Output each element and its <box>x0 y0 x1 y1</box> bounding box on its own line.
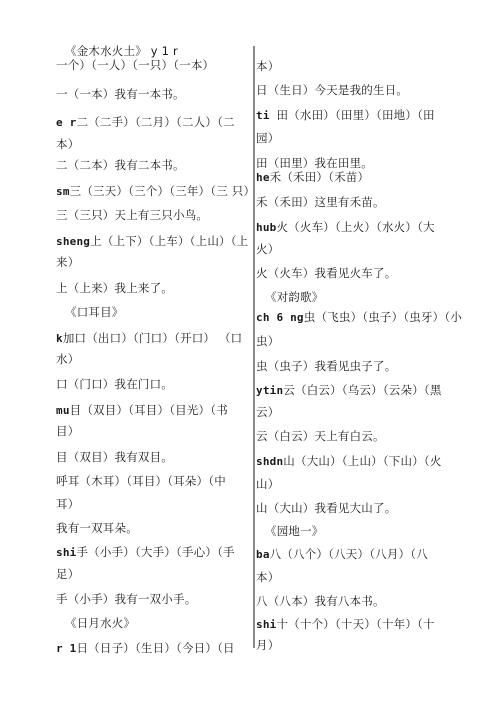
section-heading: 《日月水火》 <box>56 616 135 630</box>
line-text: 本） <box>56 137 79 151</box>
line-text: 目（双目）（耳目）（目光）（书 <box>70 403 228 417</box>
text-line: 八（八本）我有八本书。 <box>256 594 385 608</box>
line-text: 火（火车）我看见火车了。 <box>256 266 396 280</box>
line-text: 目（双目）我有双目。 <box>56 450 173 464</box>
line-text: 耳） <box>56 497 79 511</box>
pinyin-prefix: shdn <box>256 455 283 468</box>
line-text: 来） <box>56 255 79 269</box>
text-line: shdn山（大山）（上山）（下山）（火 <box>256 454 442 469</box>
text-line: 山） <box>256 477 279 491</box>
text-line: 本） <box>56 137 79 151</box>
text-line: 二（二本）我有二本书。 <box>56 158 185 172</box>
text-line: 田（田里）我在田里。 <box>256 156 373 170</box>
text-line: 来） <box>56 255 79 269</box>
text-line: 三（三只）天上有三只小鸟。 <box>56 208 208 222</box>
line-text: 火（火车）（上火）（水火）（大 <box>276 220 434 234</box>
line-text: 禾（禾田）（禾苗） <box>270 170 370 184</box>
line-text: 加口（出口）（门口）（开口） （口 <box>63 331 243 345</box>
pinyin-prefix: ba <box>256 548 270 561</box>
line-text: 三（三天）（三个）（三年）（三 只） <box>70 184 256 198</box>
line-text: 月） <box>256 638 279 652</box>
text-line: 一个）（一人）（一只）（一本） <box>56 58 214 72</box>
text-line: shi手（小手）（大手）（手心）（手 <box>56 545 235 560</box>
line-text: 一（一本）我有一本书。 <box>56 87 185 101</box>
line-text: 呼耳（木耳）（耳目）（耳朵）（中 <box>56 474 226 488</box>
line-text: 《日月水火》 <box>65 616 135 630</box>
pinyin-prefix: shi <box>56 546 76 559</box>
text-line: ba八（八个）（八天）（八月）（八 <box>256 547 428 562</box>
section-heading: 《金木水火土》 y 1 r <box>56 44 178 58</box>
text-line: 水） <box>56 352 79 366</box>
text-line: 禾（禾田）这里有禾苗。 <box>256 195 385 209</box>
text-line: e r二（二手）（二月）（二人）（二 <box>56 115 235 130</box>
text-line: 山（大山）我看见大山了。 <box>256 501 396 515</box>
line-text: 口（门口）我在门口。 <box>56 377 173 391</box>
pinyin-prefix: sm <box>56 185 70 198</box>
text-line: 日（生日）今天是我的生日。 <box>256 83 408 97</box>
text-line: ytin云（白云）（乌云）（云朵）（黑 <box>256 383 442 398</box>
text-line: ch 6 ng虫（飞虫）（虫子）（虫牙）（小 <box>256 310 462 325</box>
line-text: 园） <box>256 131 279 145</box>
line-text: 虫（虫子）我看见虫子了。 <box>256 359 396 373</box>
text-line: 口（门口）我在门口。 <box>56 377 173 391</box>
pinyin-prefix: ytin <box>256 384 283 397</box>
line-text: 手（小手）（大手）（手心）（手 <box>76 545 234 559</box>
pinyin-prefix: ti <box>256 109 276 122</box>
text-line: ti 田（水田）（田里）（田地）（田 <box>256 108 435 123</box>
line-text: 云（白云）天上有白云。 <box>256 429 385 443</box>
text-line: 目） <box>56 424 79 438</box>
text-line: 虫） <box>256 334 279 348</box>
pinyin-prefix: shi <box>256 618 276 631</box>
line-text: 三（三只）天上有三只小鸟。 <box>56 208 208 222</box>
line-text: 《对韵歌》 <box>265 290 324 304</box>
text-line: 足） <box>56 567 79 581</box>
text-line: 虫（虫子）我看见虫子了。 <box>256 359 396 373</box>
text-line: 云（白云）天上有白云。 <box>256 429 385 443</box>
pinyin-prefix: ch 6 ng <box>256 311 304 324</box>
pinyin-prefix: he <box>256 171 270 184</box>
line-text: 《口耳目》 <box>65 305 124 319</box>
text-line: 本） <box>256 59 279 73</box>
text-line: 目（双目）我有双目。 <box>56 450 173 464</box>
line-text: 田（水田）（田里）（田地）（田 <box>276 108 434 122</box>
text-line: 云） <box>256 405 279 419</box>
line-text: 日（日子）（生日）（今日）（日 <box>76 641 234 655</box>
line-text: 山（大山）（上山）（下山）（火 <box>283 454 441 468</box>
text-line: mu目（双目）（耳目）（目光）（书 <box>56 403 228 418</box>
pinyin-prefix: sheng <box>56 235 90 248</box>
line-text: 禾（禾田）这里有禾苗。 <box>256 195 385 209</box>
text-line: r 1日（日子）（生日）（今日）（日 <box>56 641 235 656</box>
pinyin-prefix: r 1 <box>56 642 76 655</box>
line-text: 虫（飞虫）（虫子）（虫牙）（小 <box>304 310 462 324</box>
line-text: 我有一双耳朵。 <box>56 521 138 535</box>
line-text: 山） <box>256 477 279 491</box>
column-divider <box>253 46 255 648</box>
text-line: sheng上（上下）（上车）（上山）（上 <box>56 234 248 249</box>
section-heading: 《口耳目》 <box>56 305 124 319</box>
line-text: 本） <box>256 59 279 73</box>
line-text: 手（小手）我有一双小手。 <box>56 592 196 606</box>
text-line: 园） <box>256 131 279 145</box>
line-text: 火） <box>256 242 279 256</box>
line-text: 二（二本）我有二本书。 <box>56 158 185 172</box>
line-text: 足） <box>56 567 79 581</box>
line-text: 虫） <box>256 334 279 348</box>
line-text: 目） <box>56 424 79 438</box>
line-text: 《园地一》 <box>265 524 324 538</box>
pinyin-prefix: e r <box>56 116 76 129</box>
line-text: 二（二手）（二月）（二人）（二 <box>76 115 234 129</box>
line-text: 上（上来）我上来了。 <box>56 281 173 295</box>
text-line: 呼耳（木耳）（耳目）（耳朵）（中 <box>56 474 226 488</box>
line-text: 田（田里）我在田里。 <box>256 156 373 170</box>
line-text: 山（大山）我看见大山了。 <box>256 501 396 515</box>
text-line: sm三（三天）（三个）（三年）（三 只） <box>56 184 255 199</box>
text-line: 手（小手）我有一双小手。 <box>56 592 196 606</box>
text-line: shi十（十个）（十天）（十年）（十 <box>256 617 435 632</box>
text-line: 火（火车）我看见火车了。 <box>256 266 396 280</box>
line-text: 本） <box>256 570 279 584</box>
pinyin-prefix: mu <box>56 404 70 417</box>
text-line: he禾（禾田）（禾苗） <box>256 170 369 185</box>
line-text: 十（十个）（十天）（十年）（十 <box>276 617 434 631</box>
pinyin-prefix: k <box>56 332 63 345</box>
line-text: 八（八个）（八天）（八月）（八 <box>270 547 428 561</box>
line-text: 水） <box>56 352 79 366</box>
text-line: 我有一双耳朵。 <box>56 521 138 535</box>
text-line: 火） <box>256 242 279 256</box>
line-text: 《金木水火土》 y 1 r <box>65 44 178 58</box>
text-line: 一（一本）我有一本书。 <box>56 87 185 101</box>
text-line: 月） <box>256 638 279 652</box>
line-text: 日（生日）今天是我的生日。 <box>256 83 408 97</box>
text-line: k加口（出口）（门口）（开口） （口 <box>56 331 242 346</box>
text-line: 上（上来）我上来了。 <box>56 281 173 295</box>
line-text: 云（白云）（乌云）（云朵）（黑 <box>283 383 441 397</box>
text-line: hub火（火车）（上火）（水火）（大 <box>256 220 435 235</box>
text-line: 本） <box>256 570 279 584</box>
section-heading: 《对韵歌》 <box>256 290 324 304</box>
document-page: 《金木水火土》 y 1 r一个）（一人）（一只）（一本）一（一本）我有一本书。e… <box>0 0 500 708</box>
line-text: 八（八本）我有八本书。 <box>256 594 385 608</box>
line-text: 上（上下）（上车）（上山）（上 <box>90 234 248 248</box>
pinyin-prefix: hub <box>256 221 276 234</box>
text-line: 耳） <box>56 497 79 511</box>
line-text: 云） <box>256 405 279 419</box>
line-text: 一个）（一人）（一只）（一本） <box>56 58 214 72</box>
section-heading: 《园地一》 <box>256 524 324 538</box>
